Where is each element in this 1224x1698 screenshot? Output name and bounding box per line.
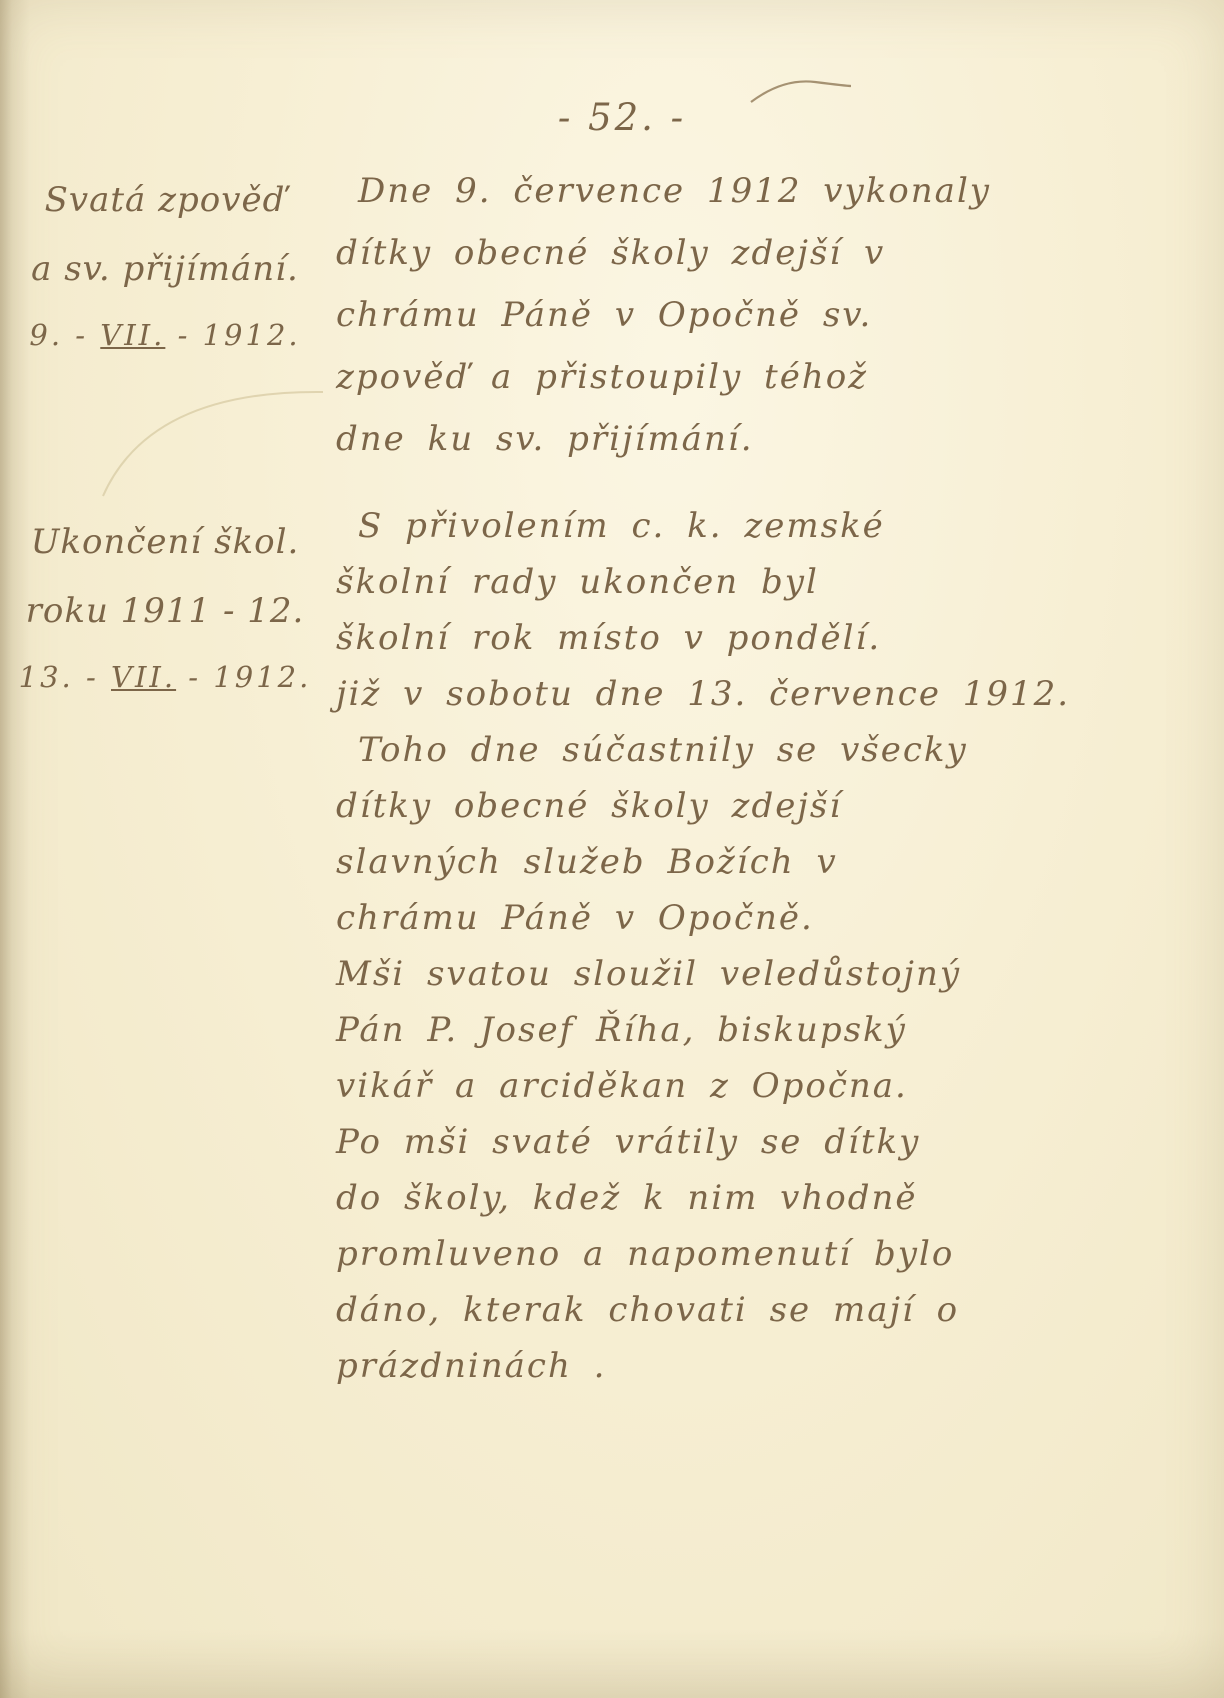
date-year: - 1912. <box>188 660 311 694</box>
handwriting-line: dáno, kterak chovati se mají o <box>336 1282 1096 1338</box>
pen-flourish-mark <box>745 72 855 112</box>
handwriting-line: vikář a arciděkan z Opočna. <box>336 1058 1096 1114</box>
handwriting-line: již v sobotu dne 13. července 1912. <box>336 666 1096 722</box>
margin-date: 9. - VII. - 1912. <box>10 304 320 366</box>
date-month-roman: VII. <box>100 318 165 352</box>
handwriting-line: chrámu Páně v Opočně sv. <box>336 284 1096 346</box>
margin-note-line: roku 1911 - 12. <box>10 577 320 646</box>
margin-note-line: a sv. přijímání. <box>10 235 320 304</box>
handwriting-line: školní rady ukončen byl <box>336 554 1096 610</box>
handwriting-line: Po mši svaté vrátily se dítky <box>336 1114 1096 1170</box>
date-year: - 1912. <box>178 318 301 352</box>
handwriting-line: dítky obecné školy zdejší v <box>336 222 1096 284</box>
handwriting-line: slavných služeb Božích v <box>336 834 1096 890</box>
handwriting-line: promluveno a napomenutí bylo <box>336 1226 1096 1282</box>
handwriting-line: zpověď a přistoupily téhož <box>336 346 1096 408</box>
chronicle-page: - 52. - Svatá zpověď a sv. přijímání. 9.… <box>0 0 1224 1698</box>
margin-note-line: Svatá zpověď <box>10 166 320 235</box>
date-day: 9. - <box>29 318 88 352</box>
handwriting-line: Toho dne súčastnily se všecky <box>336 722 1096 778</box>
handwriting-line: prázdninách . <box>336 1338 1096 1394</box>
handwriting-line: chrámu Páně v Opočně. <box>336 890 1096 946</box>
body-paragraph-confession: Dne 9. července 1912 vykonaly dítky obec… <box>336 160 1096 470</box>
date-day: 13. - <box>19 660 99 694</box>
margin-note-holy-confession: Svatá zpověď a sv. přijímání. 9. - VII. … <box>10 166 320 366</box>
pencil-arc-mark <box>95 378 330 503</box>
handwriting-line: do školy, kdež k nim vhodně <box>336 1170 1096 1226</box>
page-bottom-shade <box>0 1628 1224 1698</box>
handwriting-line: S přivolením c. k. zemské <box>336 498 1096 554</box>
date-month-roman: VII. <box>111 660 176 694</box>
body-paragraph-school-year-end: S přivolením c. k. zemské školní rady uk… <box>336 498 1096 1394</box>
handwriting-line: dítky obecné školy zdejší <box>336 778 1096 834</box>
handwriting-line: dne ku sv. přijímání. <box>336 408 1096 470</box>
margin-note-line: Ukončení škol. <box>10 508 320 577</box>
page-number: - 52. - <box>0 96 1224 139</box>
handwriting-line: Pán P. Josef Říha, biskupský <box>336 1002 1096 1058</box>
margin-date: 13. - VII. - 1912. <box>10 646 320 708</box>
handwriting-line: Dne 9. července 1912 vykonaly <box>336 160 1096 222</box>
handwriting-line: Mši svatou sloužil veledůstojný <box>336 946 1096 1002</box>
margin-note-school-year-end: Ukončení škol. roku 1911 - 12. 13. - VII… <box>10 508 320 708</box>
handwriting-line: školní rok místo v pondělí. <box>336 610 1096 666</box>
